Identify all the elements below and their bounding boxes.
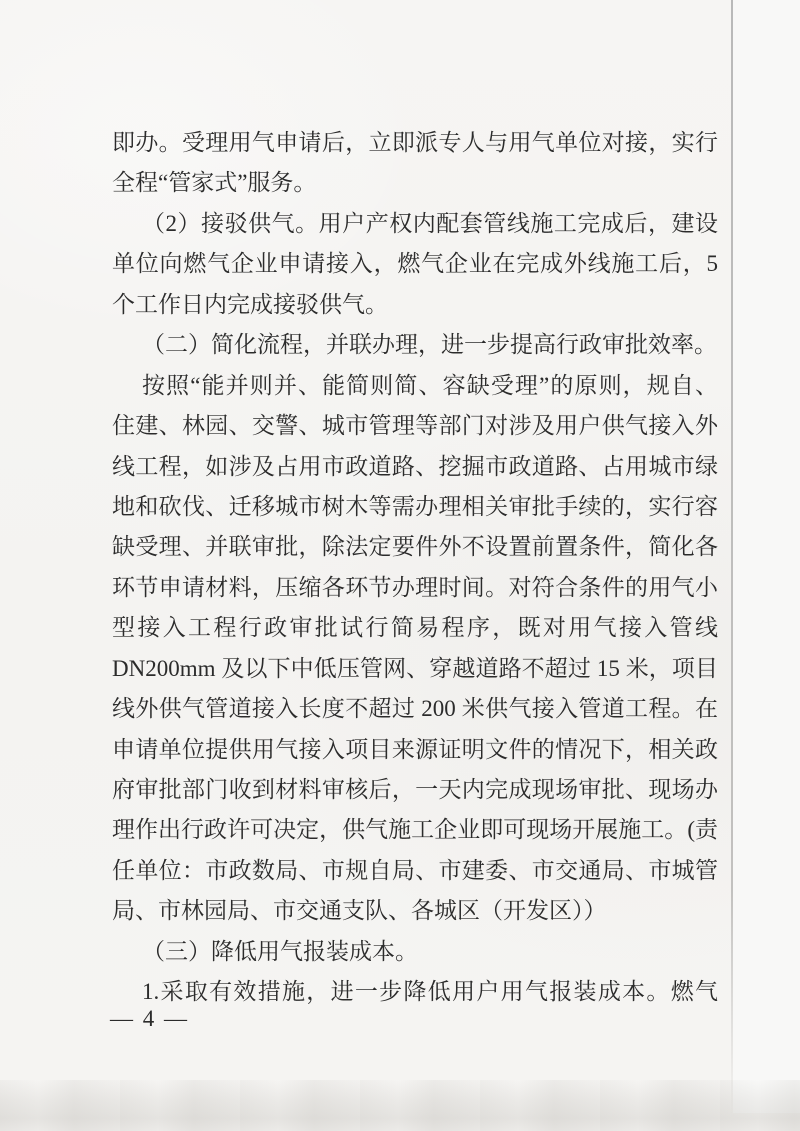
text-line: 申请单位提供用气接入项目来源证明文件的情况下，相关政 bbox=[112, 730, 718, 770]
paper-edge-line bbox=[731, 0, 733, 1113]
text-line: （二）简化流程，并联办理，进一步提高行政审批效率。 bbox=[112, 325, 718, 365]
text-line: 住建、林园、交警、城市管理等部门对涉及用户供气接入外 bbox=[112, 406, 718, 446]
text-line: 任单位：市政数局、市规自局、市建委、市交通局、市城管 bbox=[112, 851, 718, 891]
text-line: 地和砍伐、迁移城市树木等需办理相关审批手续的，实行容 bbox=[112, 487, 718, 527]
text-line: 即办。受理用气申请后，立即派专人与用气单位对接，实行 bbox=[112, 123, 718, 163]
page-number: — 4 — bbox=[110, 1005, 189, 1033]
text-line: 1.采取有效措施，进一步降低用户用气报装成本。燃气 bbox=[112, 972, 718, 1012]
document-body: 即办。受理用气申请后，立即派专人与用气单位对接，实行 全程“管家式”服务。 （2… bbox=[112, 123, 718, 1013]
text-line: 环节申请材料，压缩各环节办理时间。对符合条件的用气小 bbox=[112, 568, 718, 608]
text-line: （2）接驳供气。用户产权内配套管线施工完成后，建设 bbox=[112, 204, 718, 244]
text-line: 线工程，如涉及占用市政道路、挖掘市政道路、占用城市绿 bbox=[112, 447, 718, 487]
text-line: 缺受理、并联审批，除法定要件外不设置前置条件，简化各 bbox=[112, 527, 718, 567]
text-line: 府审批部门收到材料审核后，一天内完成现场审批、现场办 bbox=[112, 770, 718, 810]
text-line: 全程“管家式”服务。 bbox=[112, 163, 718, 203]
text-line: 按照“能并则并、能简则简、容缺受理”的原则，规自、 bbox=[112, 366, 718, 406]
bottom-scan-shadow bbox=[0, 1080, 800, 1131]
scanner-backing-strip bbox=[733, 0, 800, 1113]
text-line: （三）降低用气报装成本。 bbox=[112, 932, 718, 972]
text-line: DN200mm 及以下中低压管网、穿越道路不超过 15 米，项目红 bbox=[112, 649, 718, 689]
text-line: 理作出行政许可决定，供气施工企业即可现场开展施工。(责 bbox=[112, 810, 718, 850]
text-line: 型接入工程行政审批试行简易程序，既对用气接入管线 bbox=[112, 608, 718, 648]
text-line: 个工作日内完成接驳供气。 bbox=[112, 285, 718, 325]
text-line: 局、市林园局、市交通支队、各城区（开发区）） bbox=[112, 891, 718, 931]
text-line: 线外供气管道接入长度不超过 200 米供气接入管道工程。在 bbox=[112, 689, 718, 729]
text-line: 单位向燃气企业申请接入，燃气企业在完成外线施工后，5 bbox=[112, 244, 718, 284]
